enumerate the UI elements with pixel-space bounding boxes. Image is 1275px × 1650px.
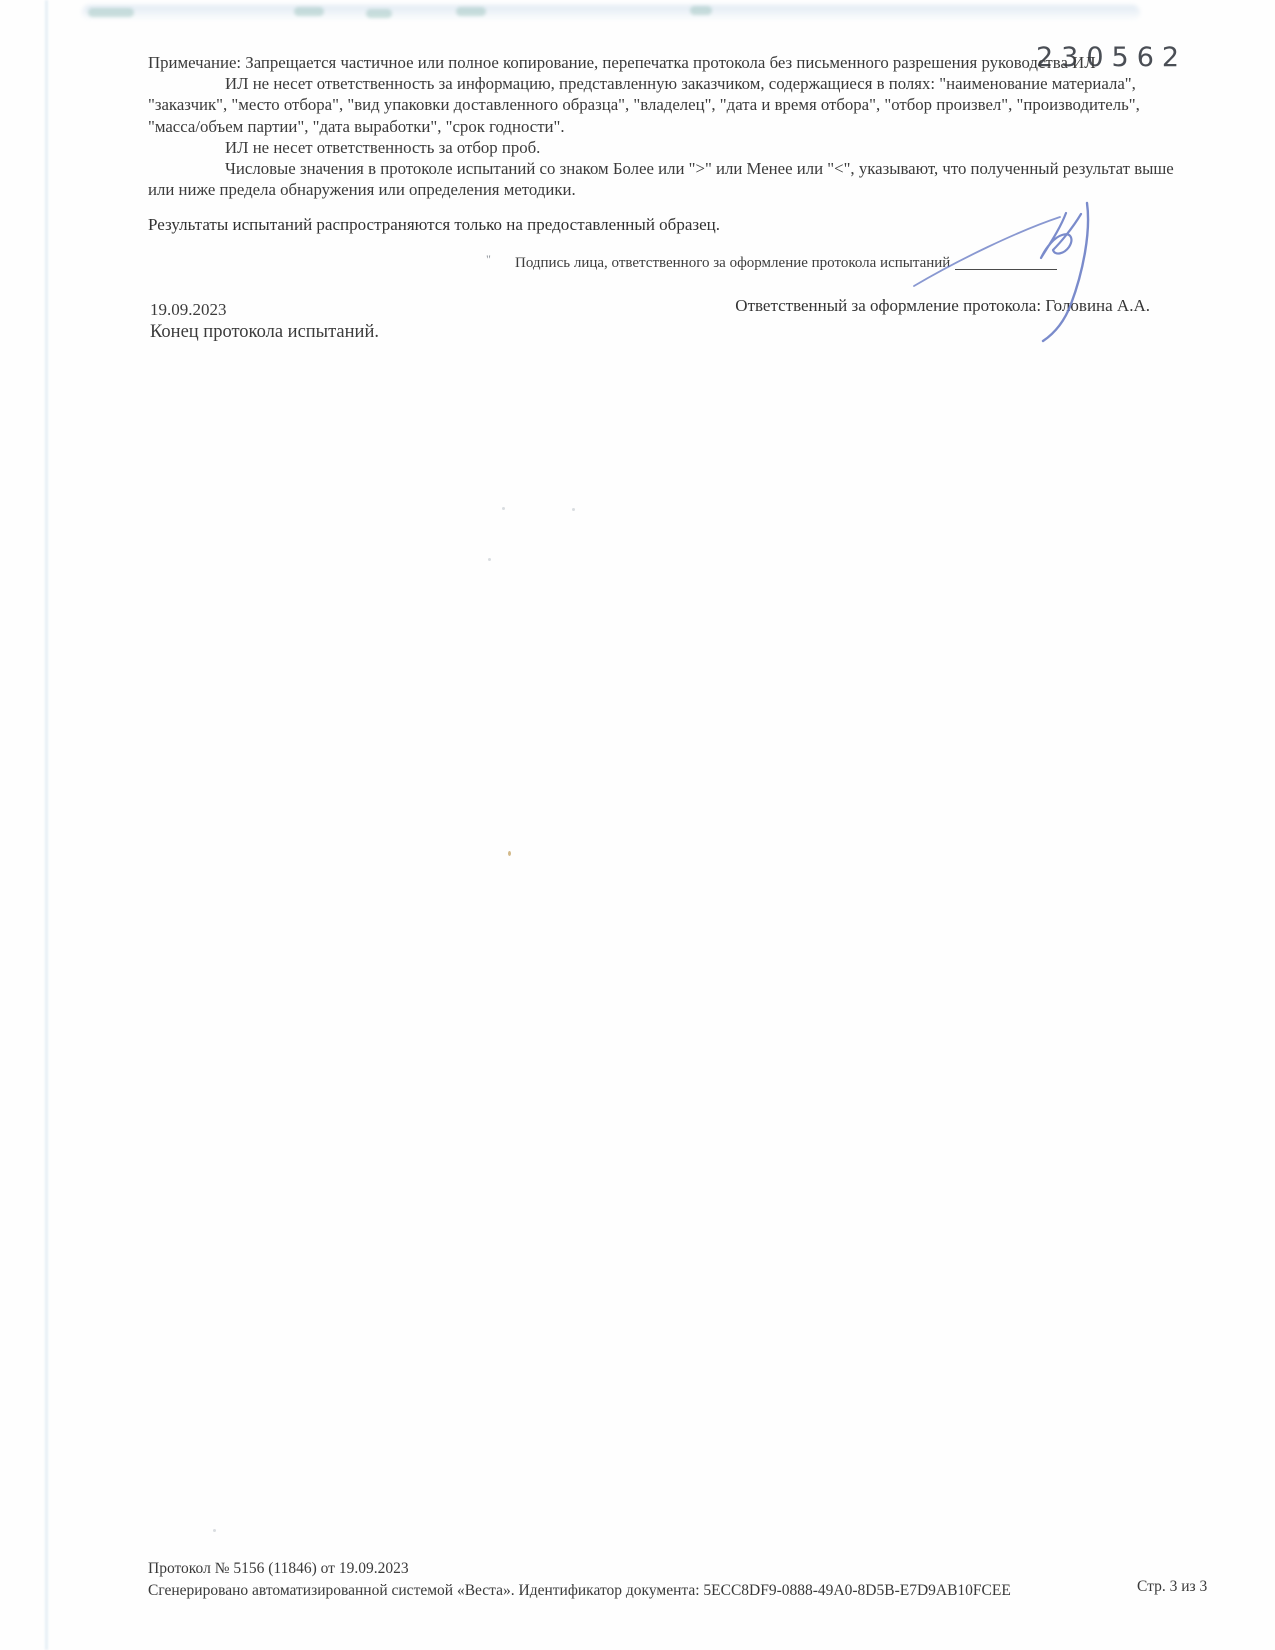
signature-line <box>955 268 1057 270</box>
note-line-7: или ниже предела обнаружения или определ… <box>148 179 1143 200</box>
responsible-person-line: Ответственный за оформление протокола: Г… <box>730 296 1150 316</box>
scan-artifact-smudge <box>366 9 392 18</box>
signature-caption: Подпись лица, ответственного за оформлен… <box>515 255 950 271</box>
scan-speck <box>488 558 491 561</box>
note-line-6: Числовые значения в протоколе испытаний … <box>148 158 1143 179</box>
note-line-5: ИЛ не несет ответственность за отбор про… <box>148 137 1143 158</box>
scan-speck <box>572 508 575 511</box>
results-scope-statement: Результаты испытаний распространяются то… <box>148 215 720 235</box>
note-line-1: Примечание: Запрещается частичное или по… <box>148 52 1143 73</box>
protocol-date: 19.09.2023 <box>150 300 227 320</box>
note-paragraph: Примечание: Запрещается частичное или по… <box>148 52 1143 200</box>
scan-artifact-smudge <box>456 7 486 16</box>
signature-caption-row: Подпись лица, ответственного за оформлен… <box>515 255 1057 272</box>
note-line-2: ИЛ не несет ответственность за информаци… <box>148 73 1143 94</box>
scan-artifact-smudge <box>88 8 134 17</box>
footer-protocol-number: Протокол № 5156 (11846) от 19.09.2023 <box>148 1560 409 1578</box>
scan-artifact-top-band <box>82 5 1140 20</box>
scan-artifact-left-edge <box>45 0 48 1650</box>
note-line-3: "заказчик", "место отбора", "вид упаковк… <box>148 94 1143 115</box>
end-of-protocol-line: Конец протокола испытаний. <box>150 322 379 343</box>
scan-speck <box>502 507 505 510</box>
handwritten-signature <box>0 0 1275 1650</box>
scan-speck <box>508 851 511 856</box>
footer-page-indicator: Стр. 3 из 3 <box>1137 1578 1207 1596</box>
scan-artifact-smudge <box>294 7 324 16</box>
note-line-4: "масса/объем партии", "дата выработки", … <box>148 116 1143 137</box>
scan-speck <box>213 1529 216 1532</box>
scan-artifact-smudge <box>690 6 712 15</box>
footer-generated-line: Сгенерировано автоматизированной системо… <box>148 1582 1011 1600</box>
scanned-protocol-page: " 230562 Примечание: Запрещается частичн… <box>0 0 1275 1650</box>
scan-stray-quote-mark: " <box>486 252 492 267</box>
